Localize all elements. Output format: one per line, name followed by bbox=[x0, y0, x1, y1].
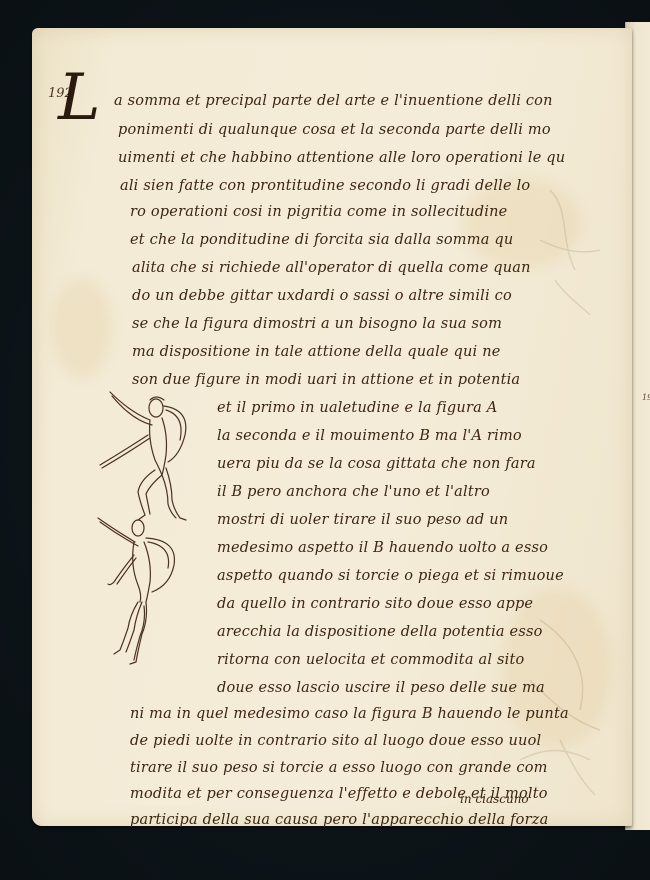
text-line: da quello in contrario sito doue esso ap… bbox=[217, 596, 533, 612]
text-line: ma dispositione in tale attione della qu… bbox=[132, 344, 501, 360]
text-line: aspetto quando si torcie o piega et si r… bbox=[217, 568, 564, 584]
text-line: il B pero anchora che l'uno et l'altro bbox=[217, 484, 490, 500]
text-line: mostri di uoler tirare il suo peso ad un bbox=[217, 512, 508, 528]
text-line: ponimenti di qualunque cosa et la second… bbox=[118, 122, 551, 138]
decorated-initial: L bbox=[58, 66, 101, 130]
text-line: tirare il suo peso si torcie a esso luog… bbox=[130, 760, 548, 776]
text-line: et il primo in ualetudine e la figura A bbox=[217, 400, 497, 416]
text-line: alita che si richiede all'operator di qu… bbox=[132, 260, 531, 276]
text-line: ali sien fatte con prontitudine secondo … bbox=[120, 178, 530, 194]
text-line: de piedi uolte in contrario sito al luog… bbox=[130, 733, 541, 749]
figure-b-illustration bbox=[90, 510, 190, 670]
text-line: ro operationi cosi in pigritia come in s… bbox=[130, 204, 507, 220]
adjacent-page-mark: 19. bbox=[642, 393, 650, 402]
figure-a-illustration bbox=[90, 380, 200, 530]
text-line: doue esso lascio uscire il peso delle su… bbox=[217, 680, 545, 696]
text-line: medesimo aspetto il B hauendo uolto a es… bbox=[217, 540, 548, 556]
text-line: do un debbe gittar uxdardi o sassi o alt… bbox=[132, 288, 512, 304]
text-line: a somma et precipal parte del arte e l'i… bbox=[114, 93, 553, 109]
text-line: uera piu da se la cosa gittata che non f… bbox=[217, 456, 536, 472]
catchword: in ciascuno bbox=[460, 792, 529, 806]
bleed-through-sketch bbox=[520, 180, 610, 320]
text-line: arecchia la dispositione della potentia … bbox=[217, 624, 543, 640]
text-line: la seconda e il mouimento B ma l'A rimo bbox=[217, 428, 522, 444]
text-line: uimenti et che habbino attentione alle l… bbox=[118, 150, 565, 166]
paper-stain bbox=[52, 278, 112, 378]
text-line: ritorna con uelocita et commodita al sit… bbox=[217, 652, 524, 668]
text-line: participa della sua causa pero l'apparec… bbox=[130, 812, 548, 828]
text-line: ni ma in quel medesimo caso la figura B … bbox=[130, 706, 569, 722]
text-line: se che la figura dimostri a un bisogno l… bbox=[132, 316, 502, 332]
text-line: et che la ponditudine di forcita sia dal… bbox=[130, 232, 513, 248]
